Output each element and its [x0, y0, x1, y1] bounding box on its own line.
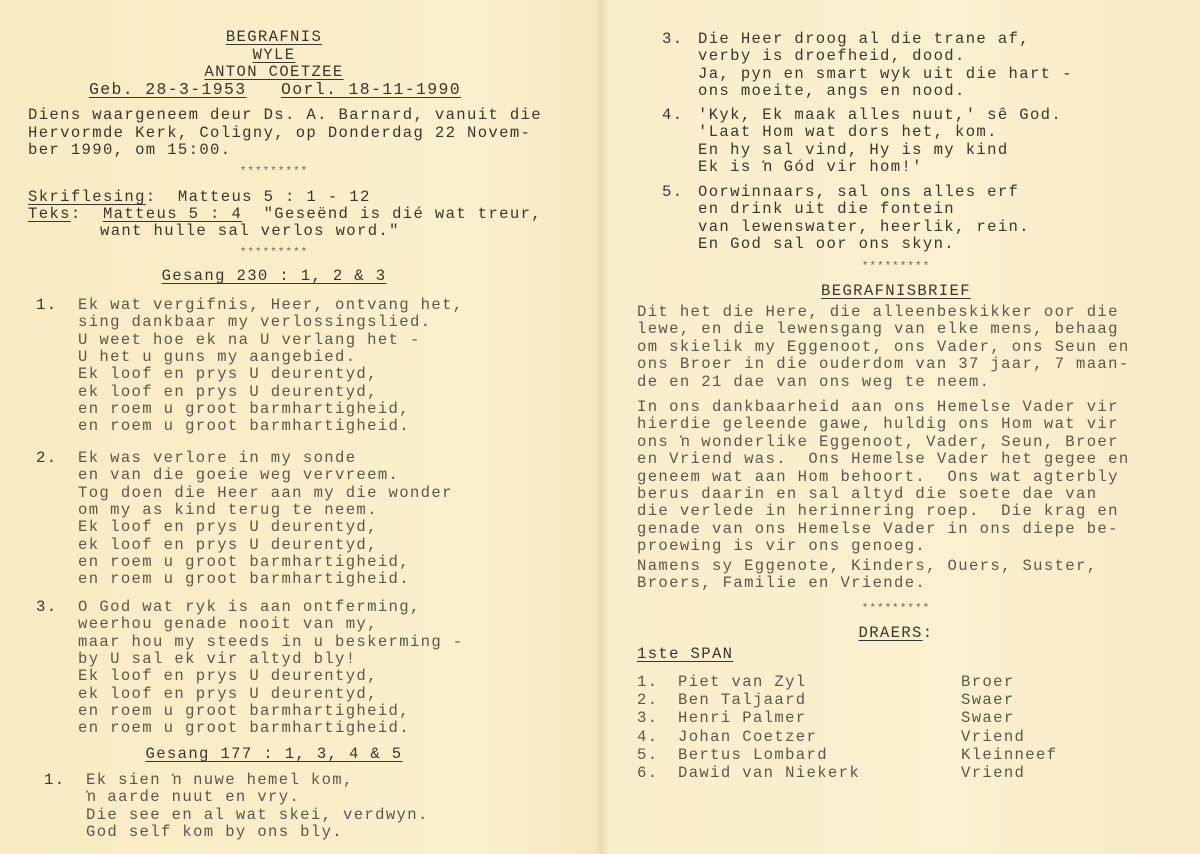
bearer-relation: Swaer [961, 691, 1015, 709]
verse-line: verby is droefheid, dood. [698, 47, 966, 65]
letter-line: om skielik my Eggenoot, ons Vader, ons S… [637, 338, 1130, 356]
letter-line: en Vriend was. Ons Hemelse Vader het geg… [637, 450, 1130, 468]
letter-line: de en 21 dae van ons weg te neem. [637, 373, 990, 391]
bearer-name: Bertus Lombard [678, 746, 828, 764]
verse-line: en roem u groot barmhartigheid. [78, 570, 410, 588]
reading-label: Skriflesing [28, 188, 146, 206]
verse-number: 1. [44, 771, 65, 789]
verse-line: en roem u groot barmhartigheid, [78, 400, 410, 418]
verse-line: U weet hoe ek na U verlang het - [78, 331, 421, 349]
verse-line: ŉ aarde nuut en vry. [86, 788, 300, 806]
verse-number: 1. [36, 296, 57, 314]
bearer-number: 1. [637, 673, 658, 691]
bearers-title: DRAERS: [606, 624, 1186, 642]
verse-line: En God sal oor ons skyn. [698, 235, 955, 253]
letter-line: Broers, Familie en Vriende. [637, 574, 926, 592]
letter-line: geneem wat aan Hom behoort. Ons wat agte… [637, 468, 1119, 486]
verse-line: Ek sien ŉ nuwe hemel kom, [86, 771, 354, 789]
bearer-name: Henri Palmer [678, 709, 807, 727]
bearers-group-label: 1ste SPAN [637, 645, 733, 663]
hymn2-title: Gesang 177 : 1, 3, 4 & 5 [0, 745, 548, 763]
text-reference: Matteus 5 : 4 [103, 205, 242, 223]
text-label: Teks [28, 205, 71, 223]
hymn1-title: Gesang 230 : 1, 2 & 3 [0, 267, 548, 285]
bearer-relation: Vriend [961, 764, 1025, 782]
separator: ********* [606, 600, 1186, 618]
bearer-number: 2. [637, 691, 658, 709]
verse-line: by U sal ek vir altyd bly! [78, 650, 356, 668]
bearer-name: Ben Taljaard [678, 691, 807, 709]
verse-line: 'Kyk, Ek maak alles nuut,' sê God. [698, 106, 1062, 124]
verse-line: sing dankbaar my verlossingslied. [78, 313, 431, 331]
letter-line: berus daarin en sal altyd die soete dae … [637, 485, 1097, 503]
program-title: BEGRAFNIS [0, 28, 548, 46]
deceased-name: ANTON COETZEE [0, 63, 548, 81]
letter-line: ons ŉ wonderlike Eggenoot, Vader, Seun, … [637, 433, 1119, 451]
verse-line: ons moeite, angs en nood. [698, 82, 966, 100]
verse-line: en roem u groot barmhartigheid, [78, 553, 410, 571]
verse-line: Die see en al wat skei, verdwyn. [86, 806, 429, 824]
verse-line: van lewenswater, heerlik, rein. [698, 218, 1030, 236]
service-line: ber 1990, om 15:00. [28, 141, 231, 159]
bearer-number: 4. [637, 728, 658, 746]
bearer-number: 6. [637, 764, 658, 782]
verse-number: 3. [662, 30, 683, 48]
verse-line: en drink uit die fontein [698, 200, 955, 218]
verse-line: En hy sal vind, Hy is my kind [698, 141, 1009, 159]
bearer-name: Piet van Zyl [678, 673, 807, 691]
service-line: Diens waargeneem deur Ds. A. Barnard, va… [28, 106, 542, 124]
verse-line: U het u guns my aangebied. [78, 348, 356, 366]
bearer-number: 5. [637, 746, 658, 764]
page-fold [596, 0, 606, 854]
letter-line: In ons dankbaarheid aan ons Hemelse Vade… [637, 398, 1119, 416]
verse-number: 5. [662, 183, 683, 201]
verse-line: Die Heer droog al die trane af, [698, 30, 1030, 48]
scripture-reading: Skriflesing: Matteus 5 : 1 - 12 [28, 188, 371, 206]
program-subtitle: WYLE [0, 46, 548, 64]
verse-line: Ek was verlore in my sonde [78, 449, 356, 467]
verse-line: Ek loof en prys U deurentyd, [78, 365, 378, 383]
verse-line: Tog doen die Heer aan my die wonder [78, 484, 453, 502]
service-line: Hervormde Kerk, Coligny, op Donderdag 22… [28, 124, 531, 142]
verse-line: Ek loof en prys U deurentyd, [78, 667, 378, 685]
bearer-relation: Swaer [961, 709, 1015, 727]
verse-line: Oorwinnaars, sal ons alles erf [698, 183, 1019, 201]
verse-line: Ek loof en prys U deurentyd, [78, 518, 378, 536]
birth-date: Geb. 28-3-1953 [89, 81, 247, 99]
verse-line: Ek is ŉ Gód vir hom!' [698, 158, 923, 176]
verse-line: O God wat ryk is aan ontferming, [78, 598, 421, 616]
verse-line: en van die goeie weg vervreem. [78, 466, 399, 484]
verse-number: 4. [662, 106, 683, 124]
bearer-number: 3. [637, 709, 658, 727]
bearer-relation: Broer [961, 673, 1015, 691]
letter-title: BEGRAFNISBRIEF [606, 282, 1186, 300]
bearer-relation: Kleinneef [961, 746, 1057, 764]
death-date: Oorl. 18-11-1990 [281, 81, 461, 99]
verse-line: en roem u groot barmhartigheid. [78, 719, 410, 737]
verse-line: maar hou my steeds in u beskerming - [78, 633, 463, 651]
verse-line: weerhou genade nooit van my, [78, 615, 378, 633]
text-quote-line2: want hulle sal verlos word." [100, 222, 400, 240]
letter-line: ons Broer in die ouderdom van 37 jaar, 7… [637, 355, 1130, 373]
letter-line: Dit het die Here, die alleenbeskikker oo… [637, 303, 1119, 321]
letter-line: lewe, en die lewensgang van elke mens, b… [637, 320, 1119, 338]
verse-number: 2. [36, 449, 57, 467]
verse-number: 3. [36, 598, 57, 616]
reading-reference: Matteus 5 : 1 - 12 [178, 188, 371, 206]
letter-line: die verlede in herinnering roep. Die kra… [637, 502, 1119, 520]
verse-line: God self kom by ons bly. [86, 823, 343, 841]
text-quote-line1: "Geseënd is dié wat treur, [264, 205, 542, 223]
sermon-text: Teks: Matteus 5 : 4 "Geseënd is dié wat … [28, 205, 542, 223]
bearer-relation: Vriend [961, 728, 1025, 746]
verse-line: Ja, pyn en smart wyk uit die hart - [698, 65, 1073, 83]
verse-line: en roem u groot barmhartigheid, [78, 702, 410, 720]
bearer-name: Johan Coetzer [678, 728, 817, 746]
verse-line: en roem u groot barmhartigheid. [78, 417, 410, 435]
verse-line: ek loof en prys U deurentyd, [78, 536, 378, 554]
verse-line: ek loof en prys U deurentyd, [78, 383, 378, 401]
letter-line: genade van ons Hemelse Vader in ons diep… [637, 520, 1119, 538]
bearers-title-suffix: : [923, 624, 934, 642]
verse-line: om my as kind terug te neem. [78, 501, 378, 519]
letter-line: proewing is vir ons genoeg. [637, 537, 926, 555]
letter-line: hierdie geleende gawe, huldig ons Hom wa… [637, 415, 1119, 433]
bearers-title-text: DRAERS [859, 624, 923, 642]
separator: ********* [0, 244, 548, 262]
separator: ********* [0, 163, 548, 181]
bearer-name: Dawid van Niekerk [678, 764, 860, 782]
verse-line: ek loof en prys U deurentyd, [78, 685, 378, 703]
verse-line: 'Laat Hom wat dors het, kom. [698, 123, 998, 141]
verse-line: Ek wat vergifnis, Heer, ontvang het, [78, 296, 463, 314]
separator: ********* [606, 258, 1186, 276]
letter-line: Namens sy Eggenote, Kinders, Ouers, Sust… [637, 557, 1097, 575]
